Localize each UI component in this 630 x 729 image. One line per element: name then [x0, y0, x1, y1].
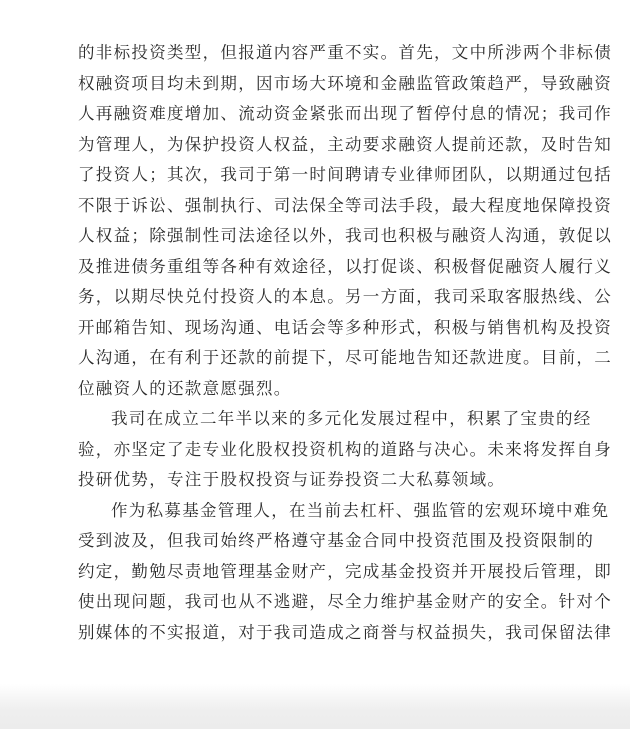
text-line: 的非标投资类型，但报道内容严重不实。首先，文中所涉两个非标债: [78, 38, 586, 69]
text-line: 投研优势，专注于股权投资与证券投资二大私募领域。: [78, 465, 586, 496]
text-line: 了投资人；其次，我司于第一时间聘请专业律师团队，以期通过包括: [78, 160, 586, 191]
text-line: 开邮箱告知、现场沟通、电话会等多种形式，积极与销售机构及投资: [78, 313, 586, 344]
text-line: 别媒体的不实报道，对于我司造成之商誉与权益损失，我司保留法律: [78, 618, 586, 649]
text-line: 为管理人，为保护投资人权益，主动要求融资人提前还款，及时告知: [78, 130, 586, 161]
paragraph-2: 我司在成立二年半以来的多元化发展过程中，积累了宝贵的经 验，亦坚定了走专业化股权…: [78, 404, 586, 496]
text-line: 不限于诉讼、强制执行、司法保全等司法手段，最大程度地保障投资: [78, 191, 586, 222]
text-line: 作为私募基金管理人，在当前去杠杆、强监管的宏观环境中难免: [78, 496, 586, 527]
text-line: 人权益；除强制性司法途径以外，我司也积极与融资人沟通，敦促以: [78, 221, 586, 252]
text-line: 及推进债务重组等各种有效途径，以打促谈、积极督促融资人履行义: [78, 252, 586, 283]
text-line: 我司在成立二年半以来的多元化发展过程中，积累了宝贵的经: [78, 404, 586, 435]
text-line: 受到波及，但我司始终严格遵守基金合同中投资范围及投资限制的: [78, 526, 586, 557]
text-line: 验，亦坚定了走专业化股权投资机构的道路与决心。未来将发挥自身: [78, 435, 586, 466]
text-line: 约定，勤勉尽责地管理基金财产，完成基金投资并开展投后管理，即: [78, 557, 586, 588]
paragraph-3: 作为私募基金管理人，在当前去杠杆、强监管的宏观环境中难免 受到波及，但我司始终严…: [78, 496, 586, 649]
document-body: 的非标投资类型，但报道内容严重不实。首先，文中所涉两个非标债 权融资项目均未到期…: [78, 38, 586, 648]
text-line: 权融资项目均未到期，因市场大环境和金融监管政策趋严，导致融资: [78, 69, 586, 100]
text-line: 位融资人的还款意愿强烈。: [78, 374, 586, 405]
bottom-fade-overlay: [0, 684, 630, 729]
text-line: 人沟通，在有利于还款的前提下，尽可能地告知还款进度。目前，二: [78, 343, 586, 374]
text-line: 务，以期尽快兑付投资人的本息。另一方面，我司采取客服热线、公: [78, 282, 586, 313]
text-line: 人再融资难度增加、流动资金紧张而出现了暂停付息的情况；我司作: [78, 99, 586, 130]
paragraph-1: 的非标投资类型，但报道内容严重不实。首先，文中所涉两个非标债 权融资项目均未到期…: [78, 38, 586, 404]
text-line: 使出现问题，我司也从不逃避，尽全力维护基金财产的安全。针对个: [78, 587, 586, 618]
